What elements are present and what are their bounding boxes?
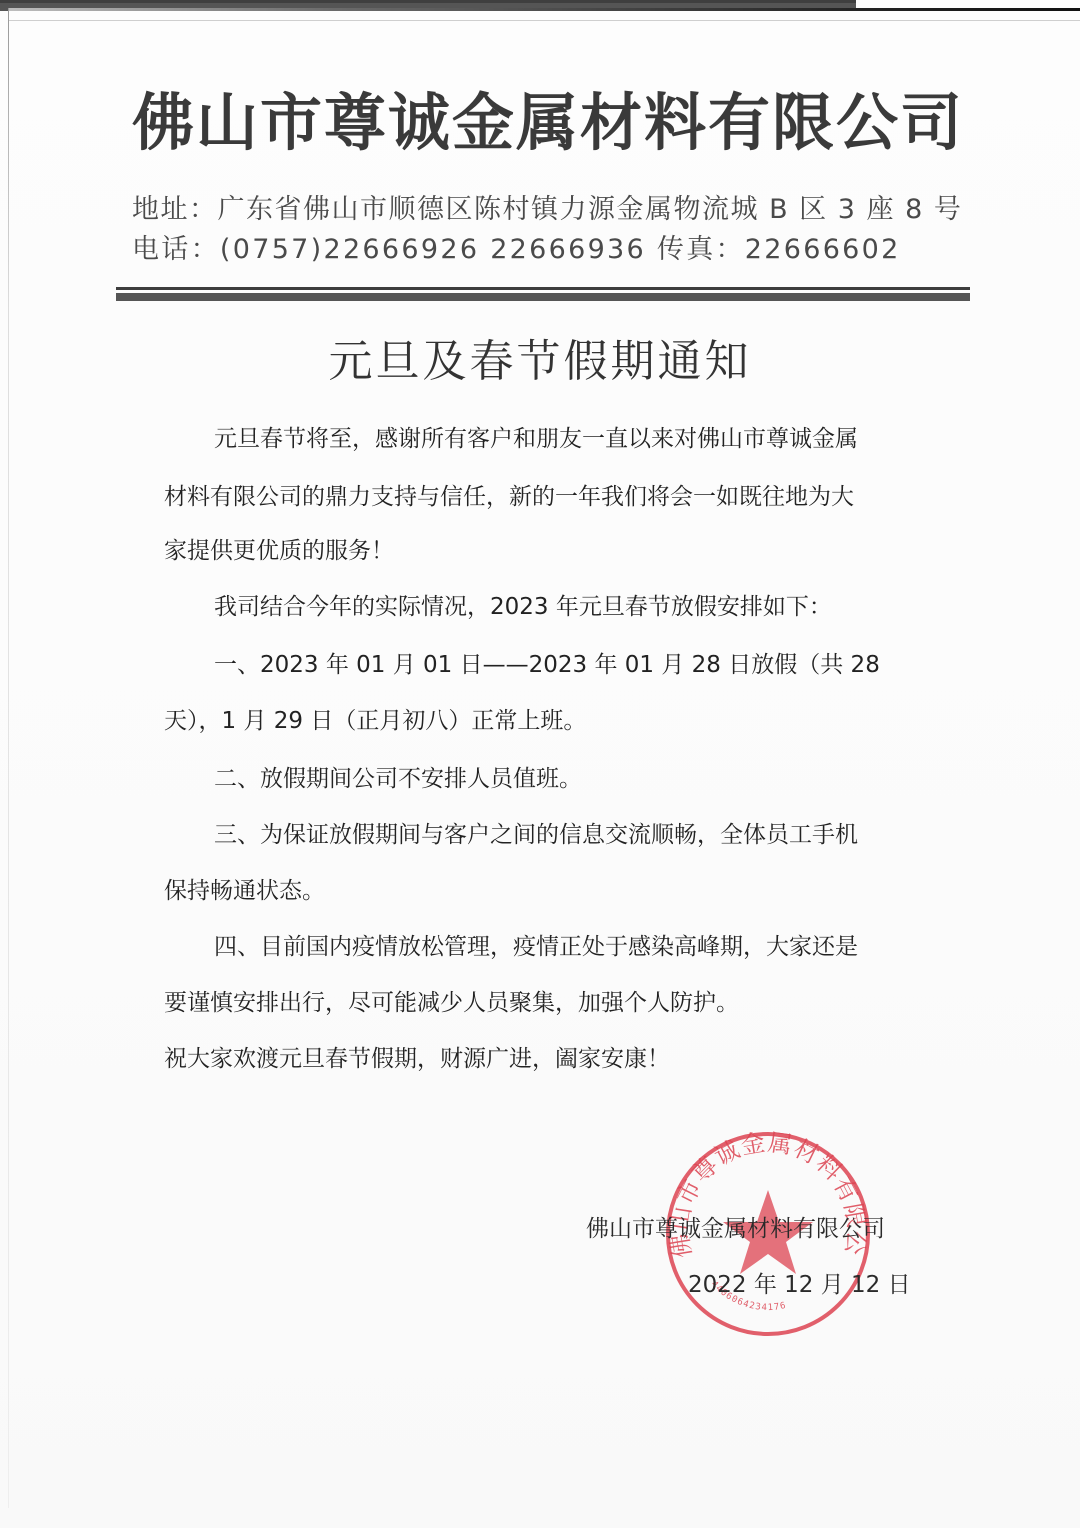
signature-company: 佛山市尊诚金属材料有限公司 — [586, 1218, 885, 1241]
scan-edge-top-shadow — [8, 20, 1080, 21]
letterhead-address: 地址：广东省佛山市顺德区陈村镇力源金属物流城 B 区 3 座 8 号 — [132, 196, 962, 223]
scan-edge-top — [8, 8, 1080, 11]
body-line: 要谨慎安排出行，尽可能减少人员聚集，加强个人防护。 — [164, 992, 739, 1015]
body-line: 家提供更优质的服务！ — [164, 540, 394, 563]
letterhead-divider-thick — [116, 293, 970, 301]
letterhead-phone-fax: 电话：(0757)22666926 22666936 传真：22666602 — [132, 236, 962, 263]
body-line: 我司结合今年的实际情况，2023 年元旦春节放假安排如下： — [214, 596, 832, 619]
body-line: 三、为保证放假期间与客户之间的信息交流顺畅，全体员工手机 — [214, 824, 858, 847]
body-line: 二、放假期间公司不安排人员值班。 — [214, 768, 582, 791]
body-line: 元旦春节将至，感谢所有客户和朋友一直以来对佛山市尊诚金属 — [214, 428, 858, 451]
body-line: 一、2023 年 01 月 01 日——2023 年 01 月 28 日放假（共… — [214, 654, 880, 677]
body-line: 天），1 月 29 日（正月初八）正常上班。 — [164, 710, 586, 733]
notice-title-text: 元旦及春节假期通知 — [329, 340, 752, 384]
body-line: 四、目前国内疫情放松管理，疫情正处于感染高峰期，大家还是 — [214, 936, 858, 959]
letterhead-divider-thin — [116, 287, 970, 290]
letterhead-company-name: 佛山市尊诚金属材料有限公司 — [132, 92, 962, 154]
letter-page: 佛山市尊诚金属材料有限公司 地址：广东省佛山市顺德区陈村镇力源金属物流城 B 区… — [0, 0, 1080, 1528]
scan-edge-left — [8, 8, 9, 1508]
body-line: 保持畅通状态。 — [164, 880, 325, 903]
closing-greeting: 祝大家欢渡元旦春节假期，财源广进，阖家安康！ — [164, 1048, 670, 1071]
body-line: 材料有限公司的鼎力支持与信任，新的一年我们将会一如既往地为大 — [164, 486, 854, 509]
notice-title: 元旦及春节假期通知 — [0, 340, 1080, 384]
signature-date: 2022 年 12 月 12 日 — [688, 1274, 911, 1297]
